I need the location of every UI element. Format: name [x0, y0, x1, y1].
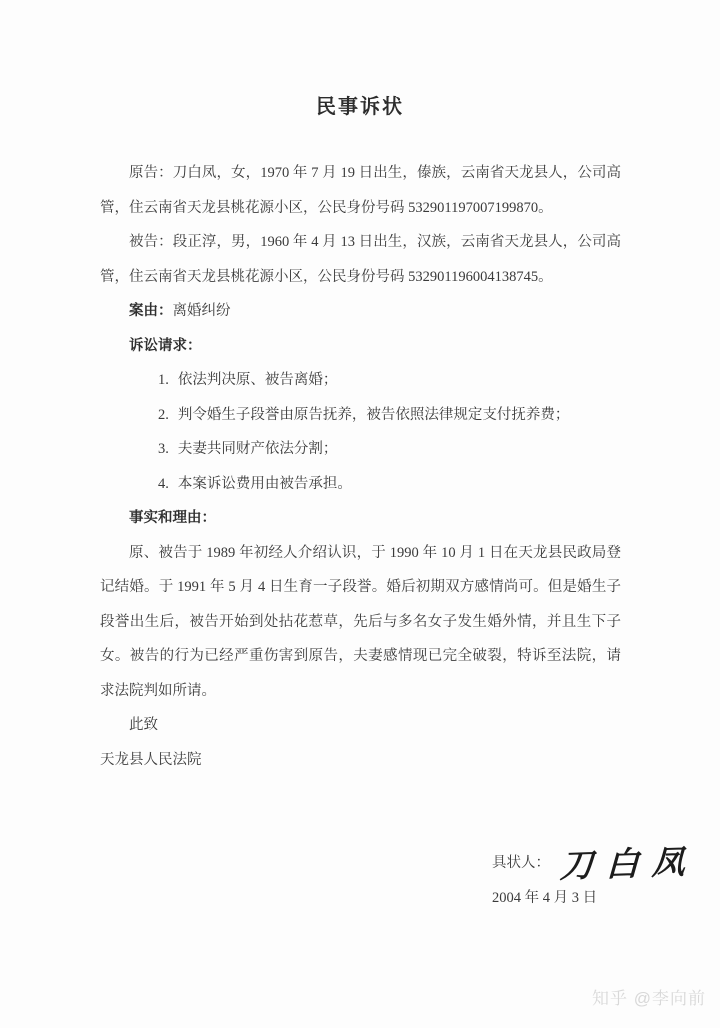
document-body: 原告：刀白凤，女，1970 年 7 月 19 日出生，傣族，云南省天龙县人，公司… [100, 156, 621, 777]
facts-paragraph: 原、被告于 1989 年初经人介绍认识，于 1990 年 10 月 1 日在天龙… [100, 536, 621, 709]
claim-number: 2. [129, 398, 169, 433]
claim-item-4: 4.本案诉讼费用由被告承担。 [100, 467, 621, 502]
court-name: 天龙县人民法院 [100, 743, 621, 778]
claims-heading: 诉讼请求： [100, 329, 621, 364]
cause-of-action-line: 案由：离婚纠纷 [100, 294, 621, 329]
claim-number: 4. [129, 467, 169, 502]
claim-number: 3. [129, 432, 169, 467]
watermark: 知乎 @李向前 [592, 984, 706, 1009]
claim-item-1: 1.依法判决原、被告离婚； [100, 363, 621, 398]
handwritten-signature: 刀白凤 [559, 836, 699, 888]
cause-value: 离婚纠纷 [173, 303, 231, 319]
closing-salutation: 此致 [100, 708, 621, 743]
claim-text: 判令婚生子段誉由原告抚养，被告依照法律规定支付抚养费； [178, 407, 570, 423]
document-title: 民事诉状 [0, 90, 720, 119]
document-date: 2004 年 4 月 3 日 [492, 884, 597, 912]
cause-label: 案由： [129, 303, 173, 319]
claim-text: 夫妻共同财产依法分割； [178, 441, 338, 457]
facts-heading: 事实和理由： [100, 501, 621, 536]
claim-item-3: 3.夫妻共同财产依法分割； [100, 432, 621, 467]
signature-block: 具状人： 刀白凤 [492, 838, 698, 885]
claim-text: 本案诉讼费用由被告承担。 [178, 476, 352, 492]
claim-text: 依法判决原、被告离婚； [178, 372, 338, 388]
claim-item-2: 2.判令婚生子段誉由原告抚养，被告依照法律规定支付抚养费； [100, 398, 621, 433]
signatory-label: 具状人： [492, 851, 550, 872]
claim-number: 1. [129, 363, 169, 398]
plaintiff-paragraph: 原告：刀白凤，女，1970 年 7 月 19 日出生，傣族，云南省天龙县人，公司… [100, 156, 621, 225]
civil-complaint-document: 民事诉状 原告：刀白凤，女，1970 年 7 月 19 日出生，傣族，云南省天龙… [0, 0, 720, 1028]
defendant-paragraph: 被告：段正淳，男，1960 年 4 月 13 日出生，汉族，云南省天龙县人，公司… [100, 225, 621, 294]
